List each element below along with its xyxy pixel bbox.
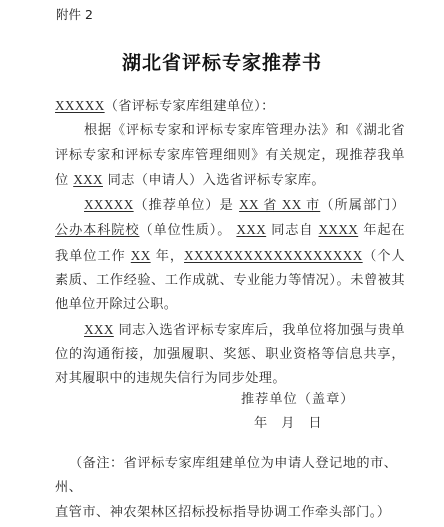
recipient-note: （省评标专家库组建单位）： (105, 99, 275, 114)
date-year: 年 (254, 416, 267, 431)
paragraph-text: （推荐单位）是 (134, 198, 234, 213)
document-body: XXXXX（省评标专家库组建单位）： 根据《评标专家和评标专家库管理办法》和《湖… (55, 94, 405, 392)
date-day: 日 (308, 416, 321, 431)
paragraph-text: 同志自 (271, 223, 313, 238)
recipient-field: XXXXX (55, 98, 105, 113)
unit-field: XXXXX (84, 197, 134, 212)
details-field: XXXXXXXXXXXXXXXXXX (184, 248, 363, 263)
applicant-field: XXX (73, 172, 103, 187)
signature-label: 推荐单位（盖章） (241, 388, 355, 407)
salutation: XXXXX（省评标专家库组建单位）： (55, 94, 405, 119)
paragraph-commitment: XXX 同志入选省评标专家库后，我单位将加强与贵单位的沟通衔接，加强履职、奖惩、… (55, 318, 405, 392)
unit-type-field: 公办本科院校 (55, 222, 139, 237)
document-page: 附件 2 湖北省评标专家推荐书 XXXXX（省评标专家库组建单位）： 根据《评标… (0, 0, 444, 527)
footnote-line-2: 直管市、神农架林区招标投标指导协调工作牵头部门。） (55, 501, 405, 525)
document-title: 湖北省评标专家推荐书 (0, 48, 444, 75)
paragraph-text: （单位性质）。 (139, 223, 231, 238)
paragraph-recommendation: 根据《评标专家和评标专家库管理办法》和《湖北省评标专家和评标专家库管理细则》有关… (55, 119, 405, 193)
signature-date: 年月日 (254, 412, 336, 431)
footnote-line-1: （备注：省评标专家库组建单位为申请人登记地的市、州、 (55, 452, 405, 501)
paragraph-text: 年， (156, 249, 184, 264)
date-month: 月 (281, 416, 294, 431)
applicant-field: XXX (236, 222, 266, 237)
paragraph-text: 同志（申请人）入选省评标专家库。 (108, 173, 325, 188)
start-year-field: XXXX (319, 222, 359, 237)
paragraph-unit-info: XXXXX（推荐单位）是 XX 省 XX 市（所属部门）公办本科院校（单位性质）… (55, 193, 405, 317)
years-field: XX (131, 248, 151, 263)
applicant-field: XXX (84, 322, 114, 337)
footnote: （备注：省评标专家库组建单位为申请人登记地的市、州、 直管市、神农架林区招标投标… (55, 452, 405, 525)
paragraph-text: （所属部门） (320, 198, 405, 213)
province-city-field: XX 省 XX 市 (239, 197, 320, 212)
attachment-label: 附件 2 (56, 5, 93, 23)
